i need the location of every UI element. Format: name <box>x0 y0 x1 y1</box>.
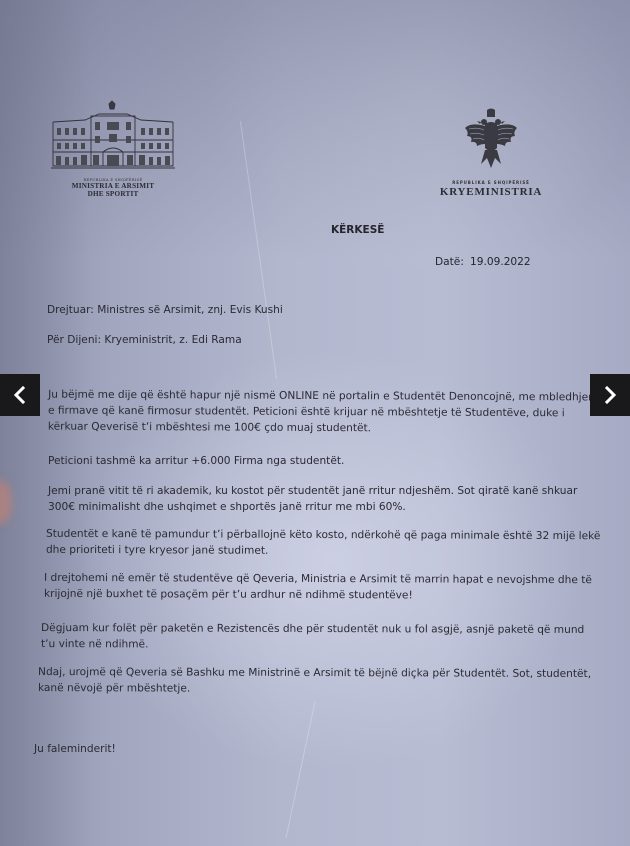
document-title: KËRKESË <box>331 224 384 236</box>
paragraph-line: t’u vinte në ndihmë. <box>41 636 584 654</box>
paragraph-3: Jemi pranë vitit të ri akademik, ku kost… <box>48 483 577 515</box>
next-image-button[interactable] <box>590 374 630 416</box>
double-headed-eagle-icon <box>463 108 519 170</box>
photo-viewer: REPUBLIKA E SHQIPËRISË MINISTRIA E ARSIM… <box>0 0 630 846</box>
paragraph-7: Ndaj, urojmë që Qeveria së Bashku me Min… <box>38 664 591 698</box>
date-label: Datë: <box>435 256 464 268</box>
paragraph-line: 300€ minimalisht dhe ushqimet e shportës… <box>48 499 577 515</box>
chevron-left-icon <box>11 386 29 404</box>
prime-ministry-letterhead: REPUBLIKA E SHQIPËRISË KRYEMINISTRIA <box>438 108 544 198</box>
republic-caption: REPUBLIKA E SHQIPËRISË <box>438 180 544 185</box>
paragraph-line: kërkuar Qeverisë t’i mbështesi me 100€ ç… <box>48 419 595 438</box>
paragraph-4: Studentët e kanë të pamundur t’i përball… <box>46 526 601 560</box>
paragraph-5: I drejtohemi në emër të studentëve që Qe… <box>44 570 592 604</box>
previous-image-button[interactable] <box>0 374 40 416</box>
paragraph-line: Ndaj, urojmë që Qeveria së Bashku me Min… <box>38 664 591 682</box>
paragraph-1: Ju bëjmë me dije që është hapur një nism… <box>48 387 595 438</box>
cc-line: Për Dijeni: Kryeministrit, z. Edi Rama <box>47 332 242 348</box>
paragraph-line: Jemi pranë vitit të ri akademik, ku kost… <box>48 483 577 499</box>
ministry-name-line1: MINISTRIA E ARSIMIT <box>50 182 176 190</box>
paper-crease <box>285 701 315 838</box>
closing: Ju faleminderit! <box>34 741 116 757</box>
date-value: 19.09.2022 <box>470 256 531 268</box>
paragraph-line: dhe prioriteti i tyre kryesor janë studi… <box>46 542 600 560</box>
chevron-right-icon <box>601 386 619 404</box>
paragraph-line: Peticioni tashmë ka arritur +6.000 Firma… <box>48 453 344 469</box>
paragraph-line: krijojnë një buxhet të posaçëm për t’u a… <box>44 586 592 604</box>
ministry-name-line2: DHE SPORTIT <box>50 190 176 198</box>
ministry-building-emblem-icon <box>51 100 175 172</box>
paragraph-6: Dëgjuam kur folët për paketën e Rezisten… <box>41 620 584 654</box>
addressed-to: Drejtuar: Ministres së Arsimit, znj. Evi… <box>47 302 283 318</box>
ministry-letterhead: REPUBLIKA E SHQIPËRISË MINISTRIA E ARSIM… <box>50 100 176 198</box>
paragraph-2: Peticioni tashmë ka arritur +6.000 Firma… <box>48 453 344 469</box>
paragraph-line: Dëgjuam kur folët për paketën e Rezisten… <box>41 620 584 638</box>
paragraph-line: kanë nëvojë për mbështetje. <box>38 680 591 698</box>
prime-ministry-name: KRYEMINISTRIA <box>438 186 544 198</box>
